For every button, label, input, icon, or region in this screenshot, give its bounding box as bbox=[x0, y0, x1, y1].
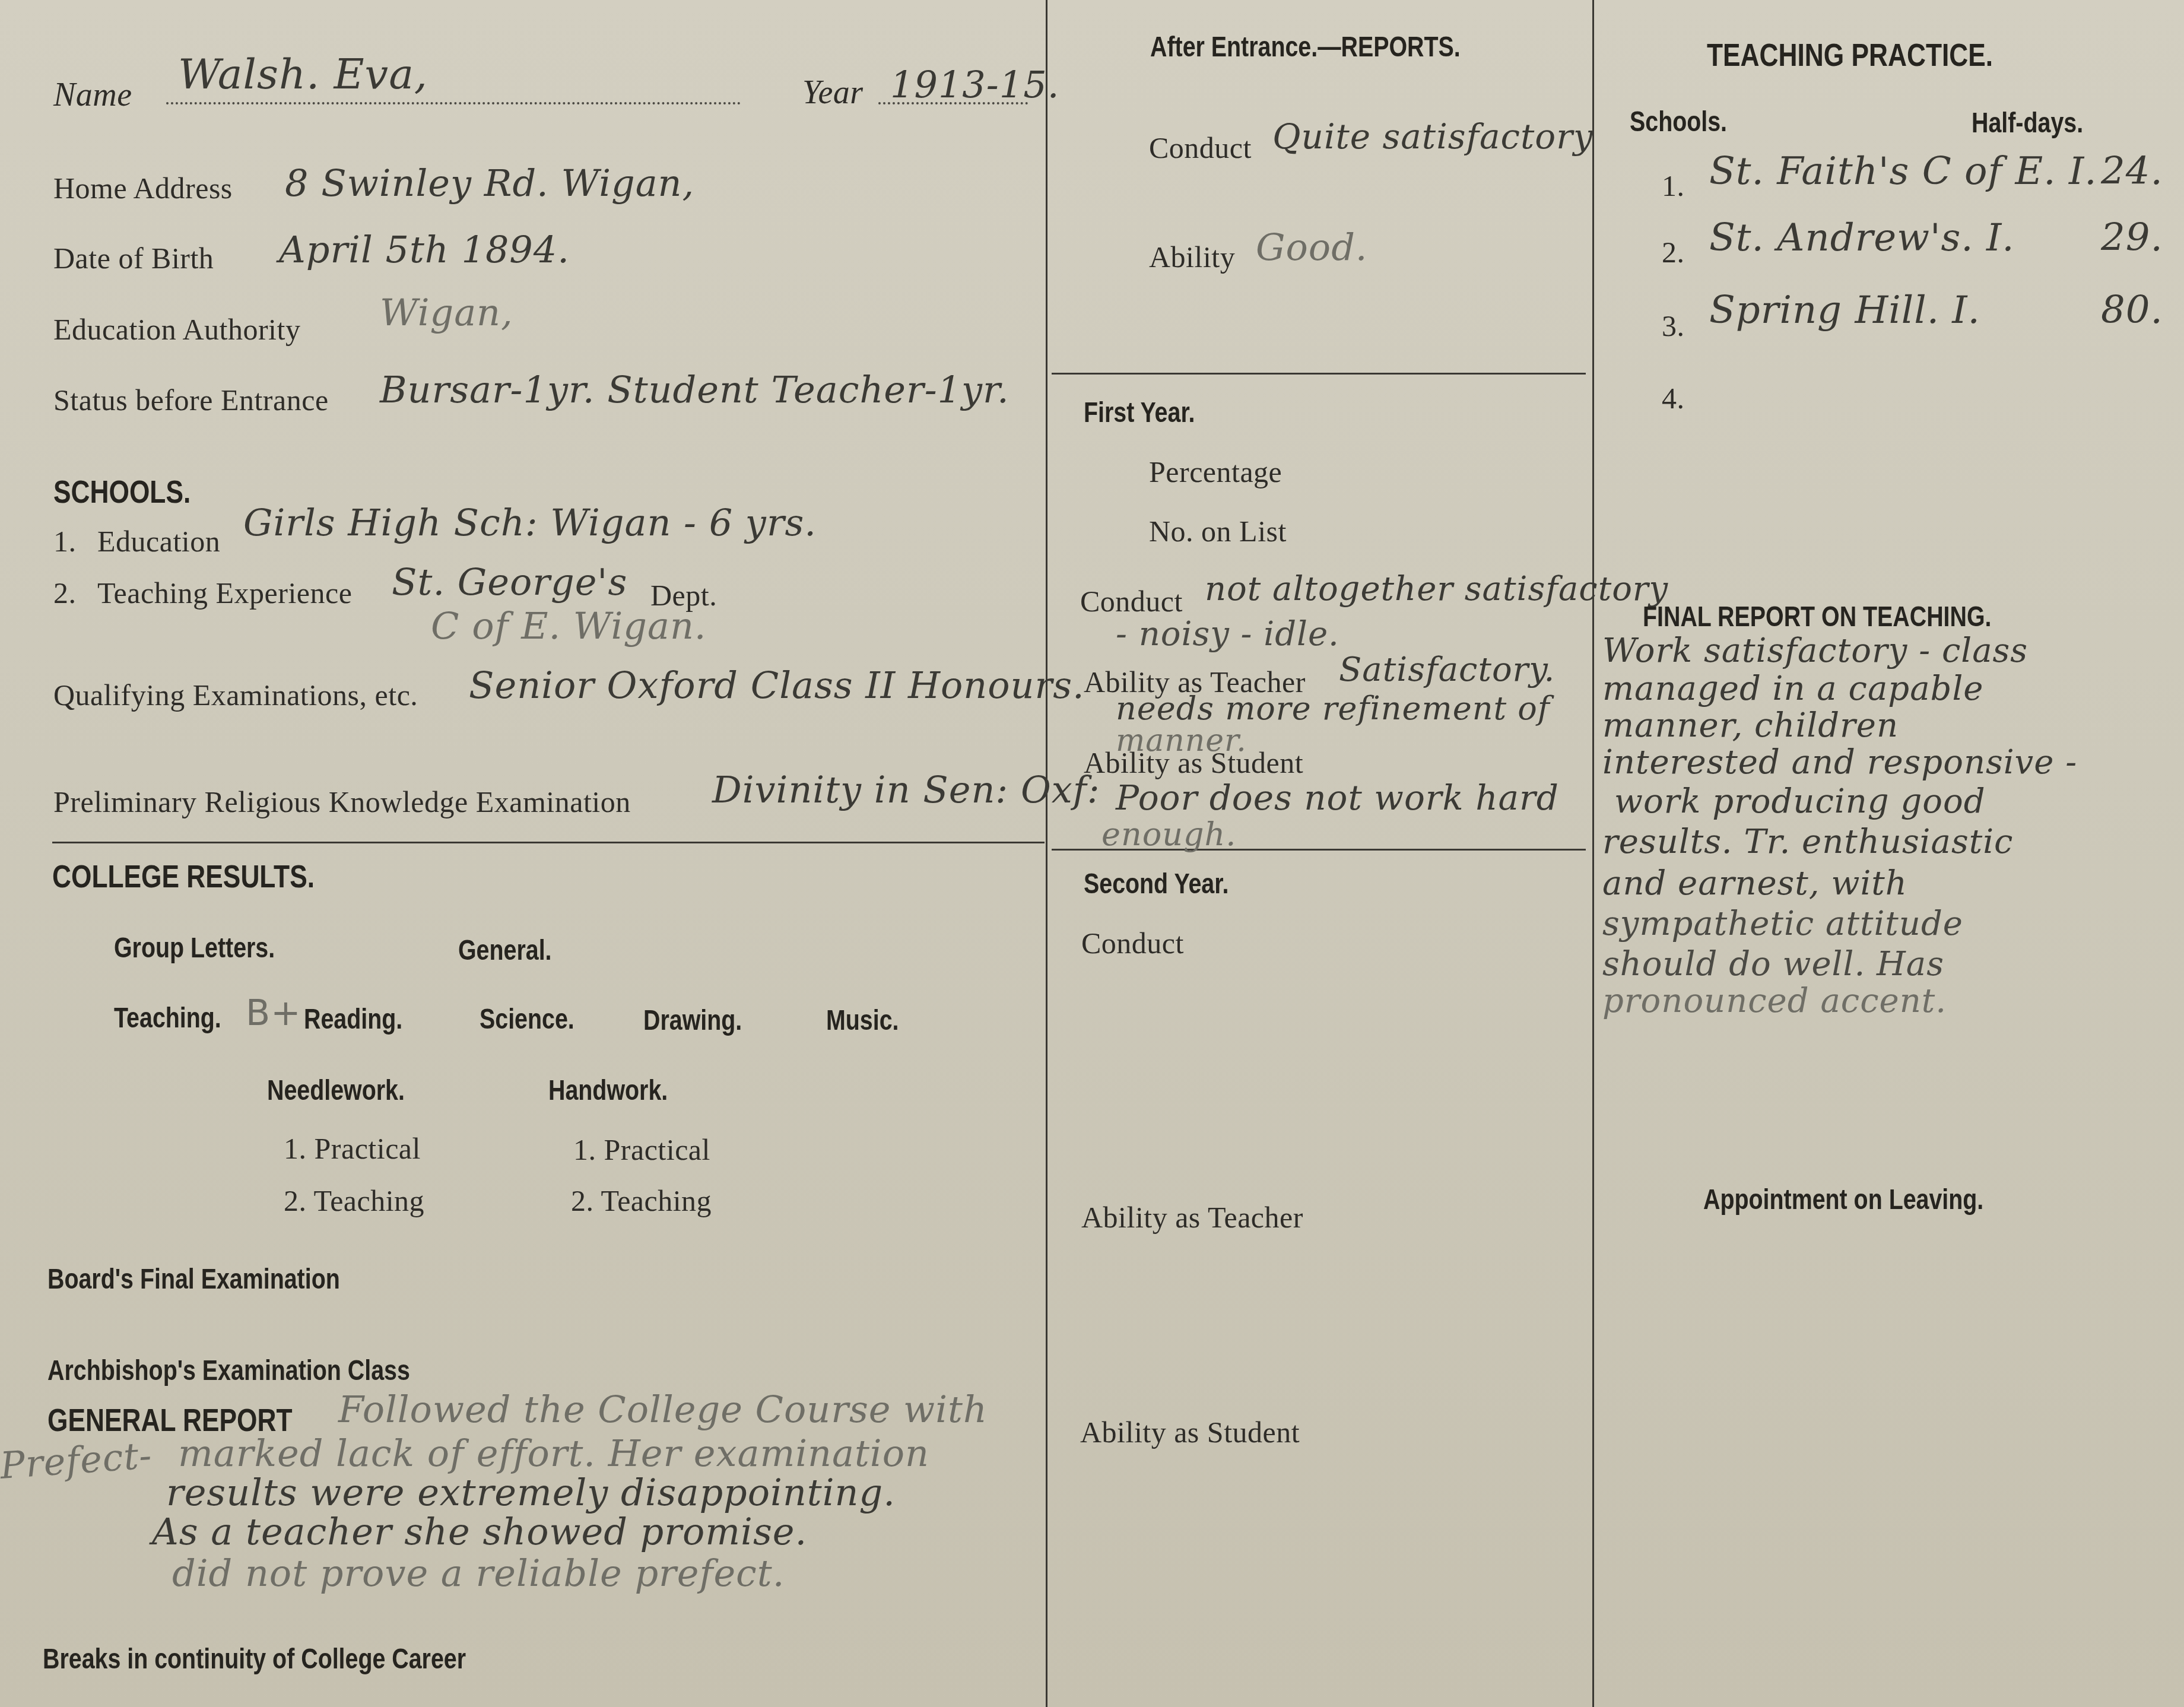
final-report-line: results. Tr. enthusiastic bbox=[1602, 823, 2013, 861]
status-label: Status before Entrance bbox=[53, 383, 329, 417]
drawing-label: Drawing. bbox=[643, 1004, 742, 1037]
needlework-practical: 1. Practical bbox=[284, 1131, 421, 1166]
first-year-teacher-value-1: Satisfactory. bbox=[1339, 651, 1555, 689]
year-value: 1913-15. bbox=[890, 63, 1059, 106]
practice-row-number: 4. bbox=[1662, 381, 1685, 415]
first-year-teacher-value-2: needs more refinement of bbox=[1116, 690, 1550, 727]
entrance-conduct-value: Quite satisfactory bbox=[1272, 116, 1593, 157]
education-label: Education bbox=[97, 524, 220, 559]
first-year-student-value-2: enough. bbox=[1101, 816, 1237, 853]
student-record-card: Name Walsh. Eva, Year 1913-15. Home Addr… bbox=[0, 0, 2184, 1707]
general-report-line: As a teacher she showed promise. bbox=[152, 1510, 807, 1553]
appointment-label: Appointment on Leaving. bbox=[1703, 1184, 1983, 1216]
first-year-conduct-value-2: - noisy - idle. bbox=[1116, 615, 1339, 653]
divider-middle-right bbox=[1592, 0, 1594, 1707]
qualifying-value: Senior Oxford Class II Honours. bbox=[469, 664, 1085, 707]
needlework-teaching: 2. Teaching bbox=[284, 1184, 424, 1218]
margin-note-prefect: Prefect- bbox=[0, 1433, 154, 1487]
final-report-line: should do well. Has bbox=[1602, 945, 1944, 983]
teaching-grade: B+ bbox=[246, 992, 301, 1034]
first-year-conduct-value-1: not altogether satisfactory bbox=[1205, 570, 1668, 608]
name-underline bbox=[166, 102, 741, 104]
edu-authority-label: Education Authority bbox=[53, 312, 300, 347]
science-label: Science. bbox=[480, 1003, 574, 1036]
first-year-heading: First Year. bbox=[1084, 396, 1195, 429]
divider-left-middle bbox=[1046, 0, 1047, 1707]
breaks-label: Breaks in continuity of College Career bbox=[43, 1643, 466, 1676]
dob-value: April 5th 1894. bbox=[279, 228, 570, 271]
second-year-teacher-label: Ability as Teacher bbox=[1081, 1200, 1303, 1235]
education-value: Girls High Sch: Wigan - 6 yrs. bbox=[243, 501, 817, 544]
needlework-label: Needlework. bbox=[267, 1074, 405, 1107]
practice-row-halfdays: 24. bbox=[2101, 150, 2163, 193]
first-year-student-label: Ability as Student bbox=[1084, 745, 1303, 780]
name-label: Name bbox=[53, 76, 132, 114]
final-report-line: managed in a capable bbox=[1602, 670, 1983, 708]
reading-label: Reading. bbox=[304, 1003, 402, 1036]
practice-row-halfdays: 80. bbox=[2101, 288, 2163, 332]
archbishop-label: Archbishop's Examination Class bbox=[47, 1354, 410, 1387]
group-letters-label: Group Letters. bbox=[114, 932, 275, 964]
entrance-ability-value: Good. bbox=[1256, 226, 1368, 269]
prelim-label: Preliminary Religious Knowledge Examinat… bbox=[53, 785, 631, 819]
final-report-line: sympathetic attitude bbox=[1602, 905, 1963, 943]
schools-heading: SCHOOLS. bbox=[53, 474, 191, 510]
entrance-conduct-label: Conduct bbox=[1149, 131, 1252, 165]
practice-row-school: St. Andrew's. I. bbox=[1709, 216, 2015, 260]
prelim-value: Divinity in Sen: Oxf: bbox=[712, 768, 1100, 811]
practice-row-number: 2. bbox=[1662, 235, 1685, 269]
dob-label: Date of Birth bbox=[53, 241, 214, 275]
college-results-heading: COLLEGE RESULTS. bbox=[52, 858, 315, 895]
general-label: General. bbox=[458, 934, 552, 967]
handwork-practical: 1. Practical bbox=[573, 1132, 710, 1167]
practice-row-halfdays: 29. bbox=[2101, 216, 2163, 260]
percentage-label: Percentage bbox=[1149, 455, 1282, 489]
status-value: Bursar-1yr. Student Teacher-1yr. bbox=[380, 368, 1010, 411]
halfdays-column-header: Half-days. bbox=[1972, 107, 2083, 139]
final-report-line: work producing good bbox=[1614, 782, 1986, 821]
education-number: 1. bbox=[53, 524, 77, 559]
teaching-exp-number: 2. bbox=[53, 576, 77, 610]
practice-row-number: 1. bbox=[1662, 169, 1685, 203]
second-year-student-label: Ability as Student bbox=[1080, 1415, 1300, 1449]
edu-authority-value: Wigan, bbox=[380, 291, 513, 334]
rule-left-college-results bbox=[52, 842, 1045, 843]
entrance-ability-label: Ability bbox=[1149, 240, 1235, 274]
final-report-line: manner, children bbox=[1602, 706, 1899, 745]
no-on-list-label: No. on List bbox=[1149, 514, 1287, 548]
final-report-line: interested and responsive - bbox=[1602, 743, 2077, 782]
final-report-line: Work satisfactory - class bbox=[1602, 632, 2028, 670]
second-year-conduct-label: Conduct bbox=[1081, 926, 1184, 960]
handwork-label: Handwork. bbox=[548, 1074, 668, 1107]
final-report-line: and earnest, with bbox=[1602, 864, 1907, 903]
music-label: Music. bbox=[826, 1004, 899, 1037]
teaching-exp-value-1: St. George's bbox=[392, 560, 627, 604]
first-year-student-value-1: Poor does not work hard bbox=[1116, 778, 1559, 818]
second-year-heading: Second Year. bbox=[1084, 868, 1228, 900]
teaching-label: Teaching. bbox=[114, 1002, 221, 1035]
year-label: Year bbox=[802, 74, 864, 112]
home-address-label: Home Address bbox=[53, 171, 233, 205]
practice-row-school: St. Faith's C of E. I. bbox=[1709, 150, 2097, 193]
home-address-value: 8 Swinley Rd. Wigan, bbox=[285, 161, 694, 205]
name-value: Walsh. Eva, bbox=[178, 50, 428, 99]
boards-final-label: Board's Final Examination bbox=[47, 1263, 340, 1296]
after-entrance-heading: After Entrance.—REPORTS. bbox=[1150, 31, 1461, 64]
schools-column-header: Schools. bbox=[1630, 106, 1727, 138]
final-report-line: pronounced accent. bbox=[1602, 982, 1947, 1020]
qualifying-label: Qualifying Examinations, etc. bbox=[53, 678, 418, 712]
practice-row-number: 3. bbox=[1662, 309, 1685, 343]
handwork-teaching: 2. Teaching bbox=[571, 1184, 712, 1218]
general-report-line: results were extremely disappointing. bbox=[166, 1471, 896, 1514]
dept-label: Dept. bbox=[650, 578, 717, 613]
final-report-heading: FINAL REPORT ON TEACHING. bbox=[1643, 601, 1992, 633]
teaching-practice-heading: TEACHING PRACTICE. bbox=[1707, 37, 1993, 74]
general-report-line: Followed the College Course with bbox=[338, 1388, 988, 1431]
practice-row-school: Spring Hill. I. bbox=[1709, 288, 1980, 332]
general-report-line: did not prove a reliable prefect. bbox=[172, 1551, 785, 1595]
general-report-line: marked lack of effort. Her examination bbox=[178, 1432, 929, 1475]
rule-middle-after-entrance bbox=[1052, 373, 1586, 375]
first-year-conduct-label: Conduct bbox=[1080, 584, 1183, 618]
teaching-exp-label: Teaching Experience bbox=[97, 576, 352, 610]
